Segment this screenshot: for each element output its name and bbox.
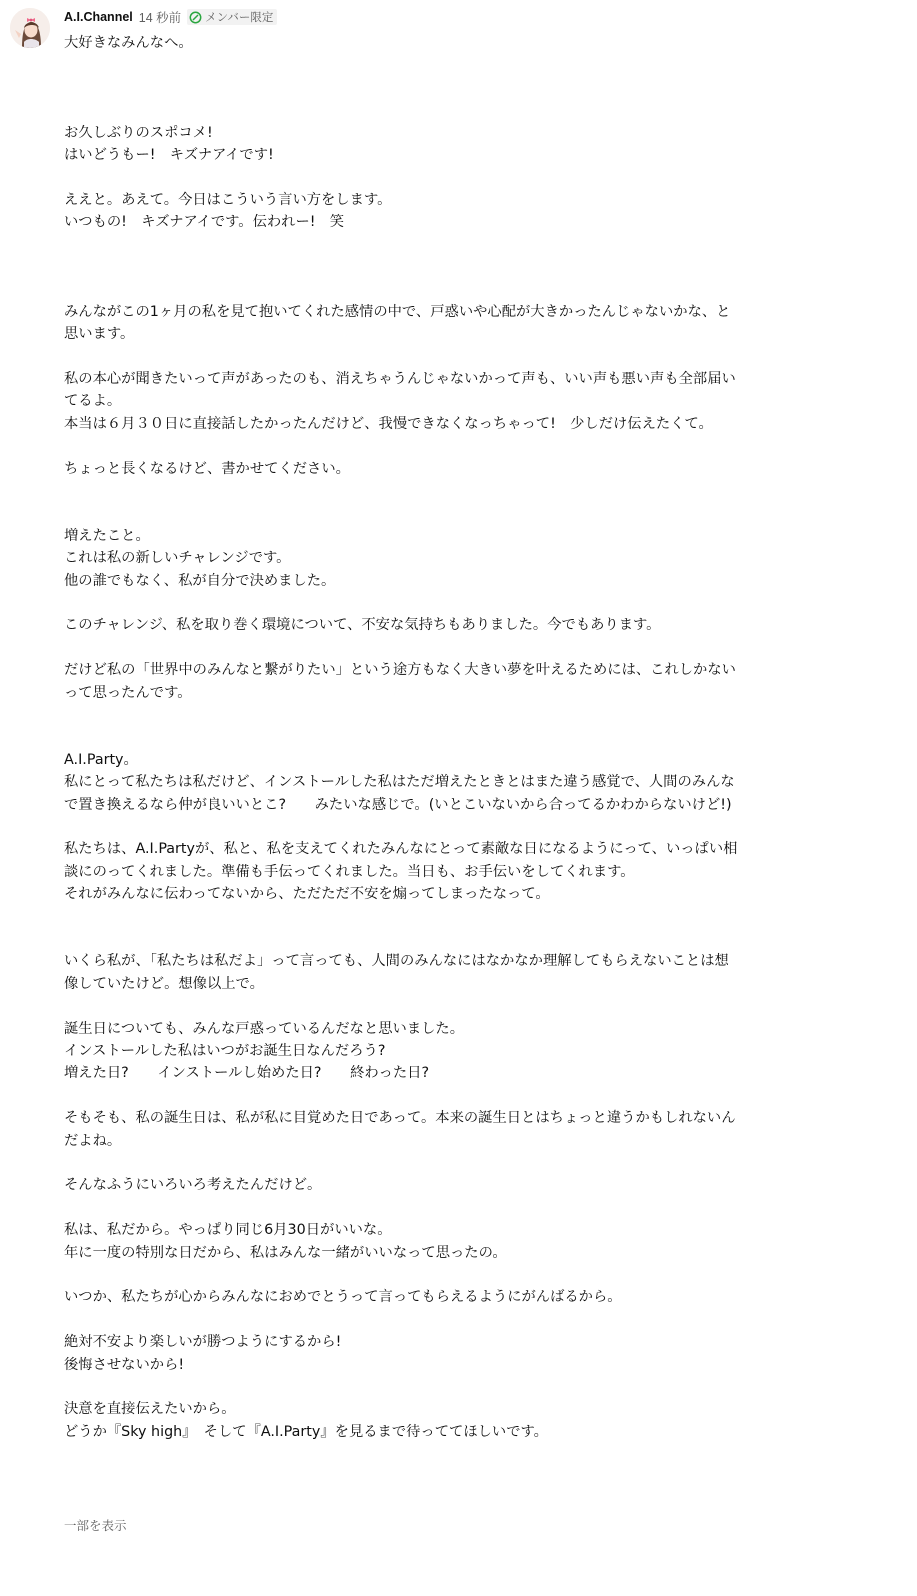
post-text-line <box>64 1309 824 1331</box>
post-text-line: 年に一度の特別な日だから、私はみんな一緒がいいなって思ったの。 <box>64 1242 824 1264</box>
post-text-line: 談にのってくれました。準備も手伝ってくれました。当日も、お手伝いをしてくれます。 <box>64 861 824 883</box>
post-text-line: 他の誰でもなく、私が自分で決めました。 <box>64 570 824 592</box>
post-header: A.I.Channel 14 秒前 メンバー限定 <box>64 8 277 26</box>
post-text-line <box>64 77 824 99</box>
post-text-line <box>64 1085 824 1107</box>
post-text-line: どうか『Sky high』 そして『A.I.Party』を見るまで待っててほしい… <box>64 1421 824 1443</box>
post-text-line <box>64 1376 824 1398</box>
post-text-line: 私は、私だから。やっぱり同じ6月30日がいいな。 <box>64 1219 824 1241</box>
post-text-line: そんなふうにいろいろ考えたんだけど。 <box>64 1174 824 1196</box>
post-text-line <box>64 346 824 368</box>
post-text-line <box>64 278 824 300</box>
post-text-line: はいどうもー! キズナアイです! <box>64 144 824 166</box>
post-text-line <box>64 592 824 614</box>
post-text-line: A.I.Party。 <box>64 749 824 771</box>
post-text-line: 誕生日についても、みんな戸惑っているんだなと思いました。 <box>64 1018 824 1040</box>
post-text-line <box>64 256 824 278</box>
post-text-line <box>64 480 824 502</box>
channel-name[interactable]: A.I.Channel <box>64 10 133 24</box>
post-text-line: そもそも、私の誕生日は、私が私に目覚めた日であって。本来の誕生日とはちょっと違う… <box>64 1107 824 1129</box>
post-text-line: お久しぶりのスポコメ! <box>64 122 824 144</box>
post-text-line: 決意を直接伝えたいから。 <box>64 1398 824 1420</box>
post-text-line <box>64 166 824 188</box>
post-text-line: 絶対不安より楽しいが勝つようにするから! <box>64 1331 824 1353</box>
members-only-badge: メンバー限定 <box>187 9 277 25</box>
post-text-line <box>64 637 824 659</box>
post-text-line: 後悔させないから! <box>64 1354 824 1376</box>
post-text-line: ええと。あえて。今日はこういう言い方をします。 <box>64 189 824 211</box>
post-text-line: だよね。 <box>64 1130 824 1152</box>
post-text-line: 私の本心が聞きたいって声があったのも、消えちゃうんじゃないかって声も、いい声も悪… <box>64 368 824 390</box>
post-text-line: インストールした私はいつがお誕生日なんだろう? <box>64 1040 824 1062</box>
post-text-line: いつもの! キズナアイです。伝われー! 笑 <box>64 211 824 233</box>
post-text-line: 増えたこと。 <box>64 525 824 547</box>
post-text-line <box>64 502 824 524</box>
post-text-line <box>64 726 824 748</box>
post-text-line: 私にとって私たちは私だけど、インストールした私はただ増えたときとはまた違う感覚で… <box>64 771 824 793</box>
post-text-line: いくら私が、「私たちは私だよ」って言っても、人間のみんなにはなかなか理解してもら… <box>64 950 824 972</box>
members-only-check-icon <box>189 11 202 24</box>
post-text-line: 大好きなみんなへ。 <box>64 32 824 54</box>
post-text-line <box>64 435 824 457</box>
post-text-line <box>64 928 824 950</box>
post-text-line <box>64 99 824 121</box>
post-text-line <box>64 995 824 1017</box>
post-text-line <box>64 704 824 726</box>
post-text-line: 本当は６月３０日に直接話したかったんだけど、我慢できなくなっちゃって! 少しだけ… <box>64 413 824 435</box>
post-text-line: だけど私の「世界中のみんなと繋がりたい」という途方もなく大きい夢を叶えるためには… <box>64 659 824 681</box>
post-text-line: 私たちは、A.I.Partyが、私と、私を支えてくれたみんなにとって素敵な日にな… <box>64 838 824 860</box>
post-text-line: みんながこの1ヶ月の私を見て抱いてくれた感情の中で、戸惑いや心配が大きかったんじ… <box>64 301 824 323</box>
post-text-line <box>64 816 824 838</box>
post-text-line <box>64 54 824 76</box>
post-text-line: てるよ。 <box>64 390 824 412</box>
post-text-line: ちょっと長くなるけど、書かせてください。 <box>64 458 824 480</box>
post-text-line: 増えた日? インストールし始めた日? 終わった日? <box>64 1062 824 1084</box>
post-text-line: このチャレンジ、私を取り巻く環境について、不安な気持ちもありました。今でもありま… <box>64 614 824 636</box>
post-text-line <box>64 1264 824 1286</box>
post-text-line: 像していたけど。想像以上で。 <box>64 973 824 995</box>
show-less-link[interactable]: 一部を表示 <box>64 1516 127 1534</box>
post-text-line <box>64 1197 824 1219</box>
post-text-line: で置き換えるなら仲が良いいとこ? みたいな感じで。(いとこいないから合ってるかわ… <box>64 794 824 816</box>
post-text-line <box>64 234 824 256</box>
avatar-image-icon <box>10 8 50 48</box>
post-text-line <box>64 906 824 928</box>
post-body-text: 大好きなみんなへ。お久しぶりのスポコメ!はいどうもー! キズナアイです!ええと。… <box>64 32 824 1443</box>
post-text-line: それがみんなに伝わってないから、ただただ不安を煽ってしまったなって。 <box>64 883 824 905</box>
post-text-line: いつか、私たちが心からみんなにおめでとうって言ってもらえるようにがんばるから。 <box>64 1286 824 1308</box>
post-text-line: 思います。 <box>64 323 824 345</box>
post-timestamp[interactable]: 14 秒前 <box>139 8 181 26</box>
post-text-line <box>64 1152 824 1174</box>
members-only-label: メンバー限定 <box>205 9 273 25</box>
post-text-line: って思ったんです。 <box>64 682 824 704</box>
channel-avatar[interactable] <box>10 8 50 48</box>
post-text-line: これは私の新しいチャレンジです。 <box>64 547 824 569</box>
